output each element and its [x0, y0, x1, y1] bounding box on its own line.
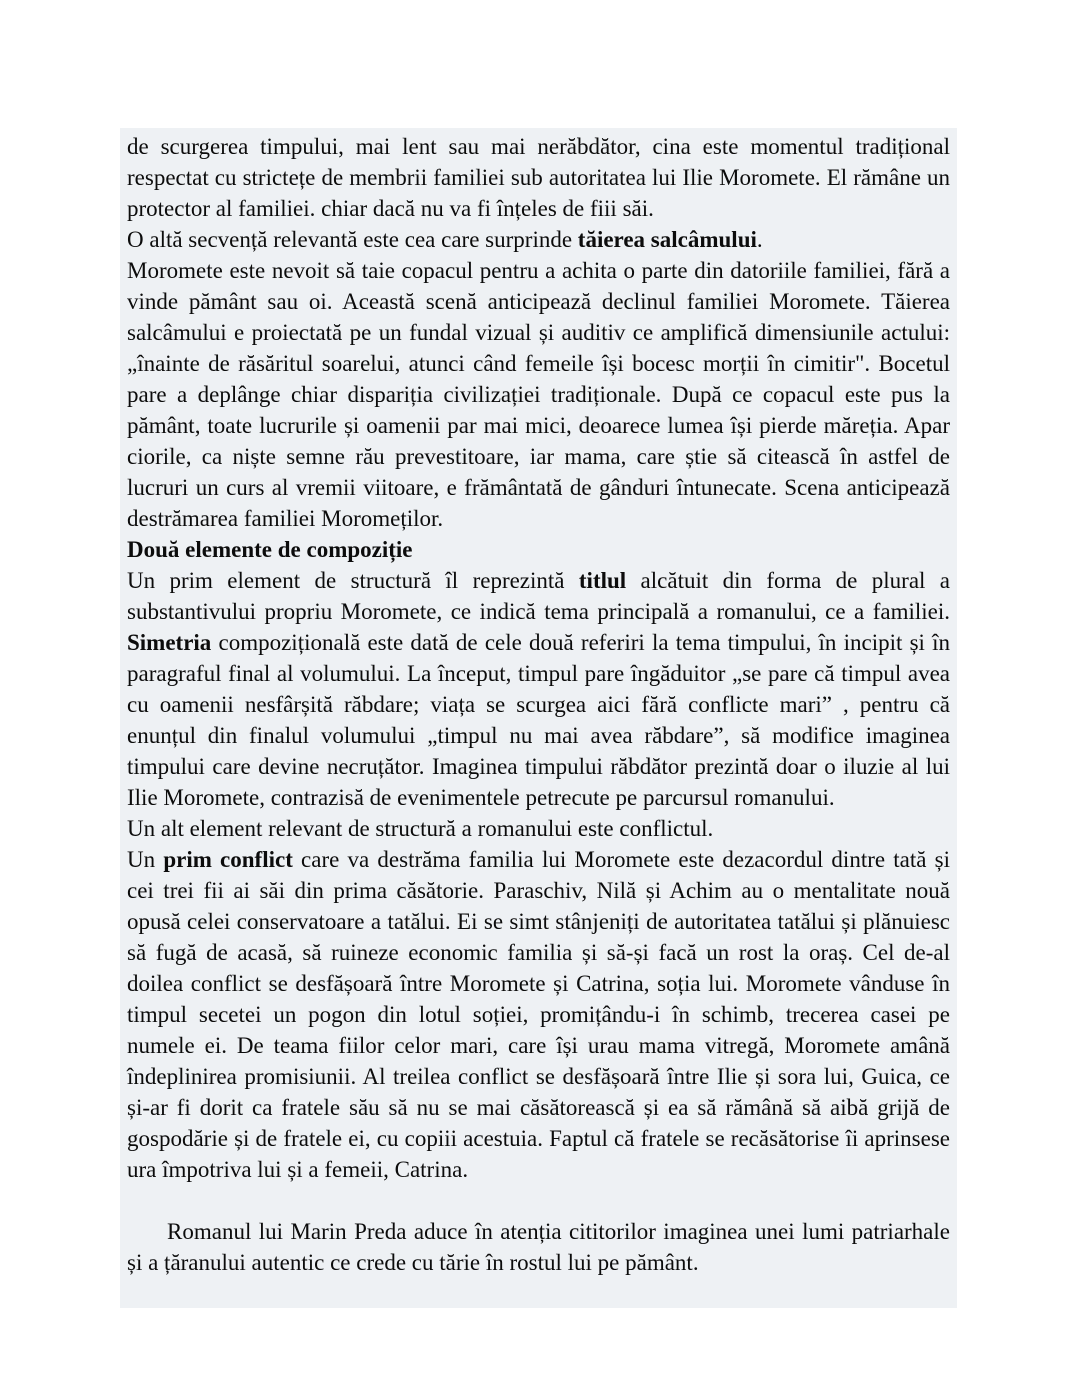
text-segment: Un	[127, 847, 163, 872]
bold-text-segment: titlul	[579, 568, 626, 593]
text-segment: O altă secvență relevantă este cea care …	[127, 227, 578, 252]
bold-text-segment: tăierea salcâmului	[578, 227, 757, 252]
bold-text-segment: Două elemente de compoziție	[127, 537, 413, 562]
salcam-scene-paragraph: Moromete este nevoit să taie copacul pen…	[127, 255, 950, 534]
structure-paragraph: Un prim element de structură îl reprezin…	[127, 565, 950, 813]
text-segment: .	[757, 227, 763, 252]
text-segment: care va destrăma familia lui Moromete es…	[127, 847, 950, 1182]
sequence-paragraph: O altă secvență relevantă este cea care …	[127, 224, 950, 255]
bold-text-segment: prim conflict	[163, 847, 293, 872]
conflicts-paragraph: Un prim conflict care va destrăma famili…	[127, 844, 950, 1185]
bold-text-segment: Simetria	[127, 630, 211, 655]
text-segment: de scurgerea timpului, mai lent sau mai …	[127, 134, 950, 221]
text-segment: Un alt element relevant de structură a r…	[127, 816, 713, 841]
text-segment: Moromete este nevoit să taie copacul pen…	[127, 258, 950, 531]
text-segment: Un prim element de structură îl reprezin…	[127, 568, 579, 593]
conflict-intro-paragraph: Un alt element relevant de structură a r…	[127, 813, 950, 844]
text-segment: Romanul lui Marin Preda aduce în atenția…	[127, 1219, 950, 1275]
conclusion-paragraph: Romanul lui Marin Preda aduce în atenția…	[127, 1216, 950, 1278]
intro-continuation-paragraph: de scurgerea timpului, mai lent sau mai …	[127, 131, 950, 224]
text-block: de scurgerea timpului, mai lent sau mai …	[120, 128, 957, 1308]
text-segment: compozițională este dată de cele două re…	[127, 630, 950, 810]
composition-heading: Două elemente de compoziție	[127, 534, 950, 565]
document-page: { "colors": { "page_background": "#fffff…	[0, 0, 1080, 1397]
